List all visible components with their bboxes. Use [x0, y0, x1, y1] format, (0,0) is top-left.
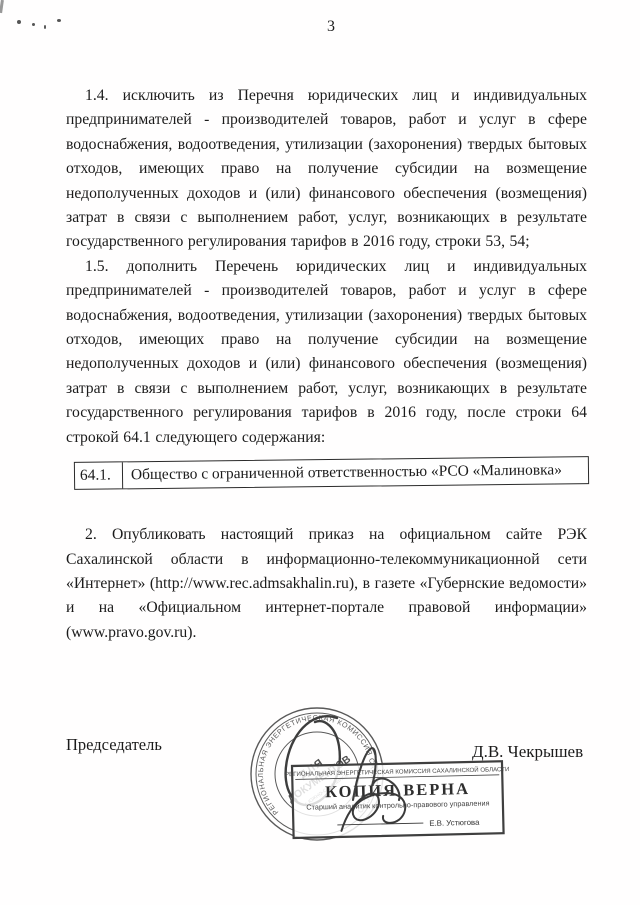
text-line: «Интернет» (http://www.rec.admsakhalin.r… — [66, 572, 587, 596]
amendment-table-row: 64.1. Общество с ограниченной ответствен… — [74, 456, 589, 490]
stamps-and-signatures: РЕГИОНАЛЬНАЯ ЭНЕРГЕТИЧЕСКАЯ КОМИССИЯ САХ… — [225, 688, 525, 858]
paragraph-1-4: 1.4. исключить из Перечня юридических ли… — [66, 84, 587, 255]
table-cell-row-number: 64.1. — [75, 462, 123, 489]
text-line: затрат в связи с выполнением работ, услу… — [66, 377, 587, 401]
signatory-position: Председатель — [66, 735, 162, 755]
text-line: государственного регулирования тарифов в… — [66, 230, 587, 254]
text-line: отходов, имеющих право на получение субс… — [66, 157, 587, 181]
text-line: и на «Официальном интернет-портале право… — [66, 596, 587, 620]
text-line: отходов, имеющих право на получение субс… — [66, 328, 587, 352]
paragraph-1-5: 1.5. дополнить Перечень юридических лиц … — [66, 255, 587, 450]
copy-stamp-signer: Е.В. Устюгова — [429, 818, 480, 828]
scan-edge-mark — [0, 0, 4, 13]
text-line: 1.5. дополнить Перечень юридических лиц … — [66, 255, 587, 279]
copy-stamp: РЕГИОНАЛЬНАЯ ЭНЕРГЕТИЧЕСКАЯ КОМИССИЯ САХ… — [285, 761, 511, 838]
text-line: государственного регулирования тарифов в… — [66, 401, 587, 425]
paragraph-2: 2. Опубликовать настоящий приказ на офиц… — [66, 523, 587, 645]
text-line: 1.4. исключить из Перечня юридических ли… — [66, 84, 587, 108]
page-number: 3 — [0, 18, 640, 36]
text-line: предпринимателей - производителей товаро… — [66, 108, 587, 132]
table-cell-company-name: Общество с ограниченной ответственностью… — [123, 457, 588, 488]
text-line: предпринимателей - производителей товаро… — [66, 279, 587, 303]
text-line: затрат в связи с выполнением работ, услу… — [66, 206, 587, 230]
text-line: недополученных доходов и (или) финансово… — [66, 182, 587, 206]
text-line: (www.pravo.gov.ru). — [66, 621, 587, 645]
text-line: Сахалинской области в информационно-теле… — [66, 548, 587, 572]
text-line: 2. Опубликовать настоящий приказ на офиц… — [66, 523, 587, 547]
text-line: водоснабжения, водоотведения, утилизации… — [66, 304, 587, 328]
document-body: 1.4. исключить из Перечня юридических ли… — [66, 84, 587, 645]
document-page: 3 1.4. исключить из Перечня юридических … — [0, 0, 640, 905]
text-line: недополученных доходов и (или) финансово… — [66, 352, 587, 376]
text-line: водоснабжения, водоотведения, утилизации… — [66, 133, 587, 157]
text-line: строкой 64.1 следующего содержания: — [66, 426, 587, 450]
